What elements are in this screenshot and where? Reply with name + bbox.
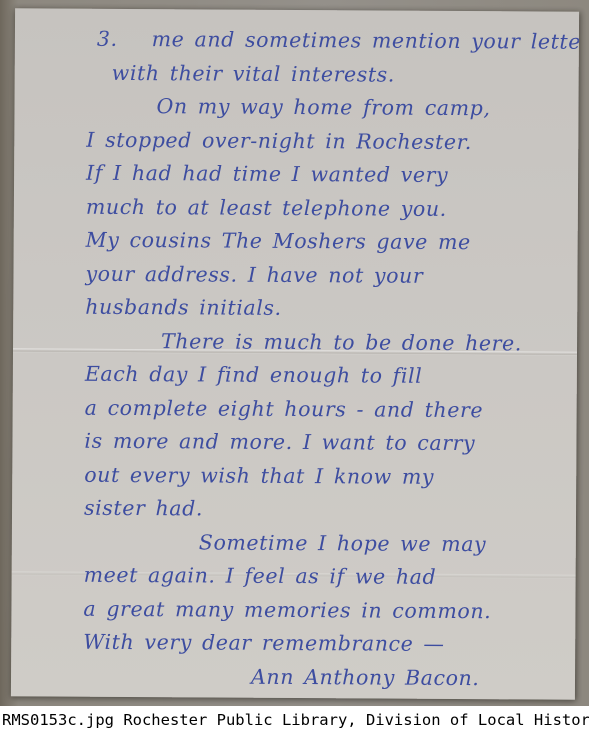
handwritten-line: On my way home from camp, [156, 90, 570, 126]
handwritten-line: meet again. I feel as if we had [84, 559, 568, 595]
signature-line: Ann Anthony Bacon. [251, 660, 567, 695]
handwritten-line: Each day I find enough to fill [85, 358, 569, 394]
handwritten-line: your address. I have not your [85, 257, 569, 293]
letter-first-line: 3. me and sometimes mention your letters [87, 23, 571, 59]
handwritten-line: a great many memories in common. [83, 592, 567, 628]
caption-text: RMS0153c.jpg Rochester Public Library, D… [0, 711, 589, 729]
handwriting: 3. me and sometimes mention your letters… [11, 8, 579, 699]
page-number: 3. [97, 23, 118, 57]
handwritten-line: a complete eight hours - and there [85, 391, 569, 427]
handwritten-line: With very dear remembrance — [83, 626, 567, 662]
caption-bar: RMS0153c.jpg Rochester Public Library, D… [0, 706, 589, 733]
handwritten-line: There is much to be done here. [161, 325, 569, 361]
handwritten-line: me and sometimes mention your letters [152, 23, 580, 59]
handwritten-line: husbands initials. [85, 291, 569, 327]
letter-paper: 3. me and sometimes mention your letters… [11, 8, 579, 699]
handwritten-line: out every wish that I know my [84, 458, 568, 494]
handwritten-line: I stopped over-night in Rochester. [86, 123, 570, 159]
handwritten-line: is more and more. I want to carry [84, 425, 568, 461]
handwritten-line: much to at least telephone you. [86, 190, 570, 226]
handwritten-line: with their vital interests. [112, 56, 571, 92]
handwritten-line: Sometime I hope we may [199, 526, 568, 562]
handwritten-line: If I had had time I wanted very [86, 157, 570, 193]
handwritten-line: My cousins The Moshers gave me [86, 224, 570, 260]
handwritten-line: sister had. [84, 492, 568, 528]
scan-backdrop: { "letter": { "page_number": "3.", "line… [0, 0, 589, 733]
